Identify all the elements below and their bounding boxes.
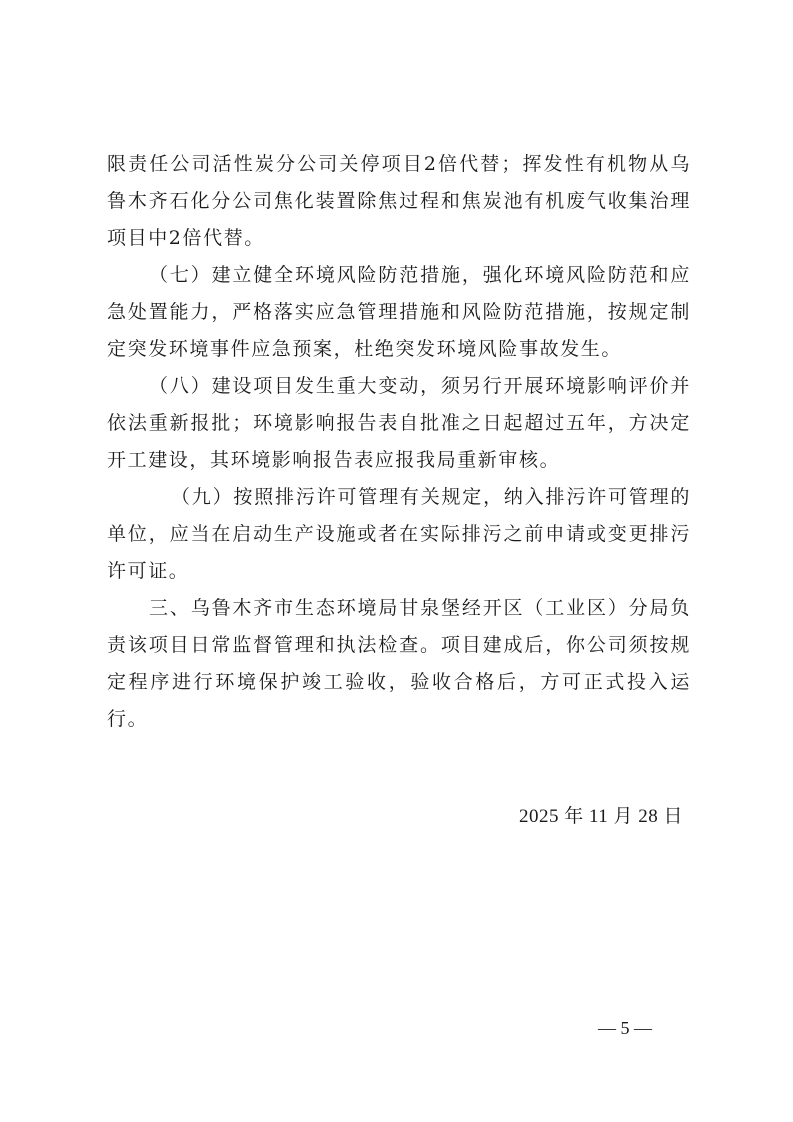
document-date: 2025 年 11 月 28 日 (519, 802, 683, 832)
document-body: 限责任公司活性炭分公司关停项目2倍代替；挥发性有机物从乌鲁木齐石化分公司焦化装置… (107, 146, 691, 738)
paragraph-item-7: （七）建立健全环境风险防范措施，强化环境风险防范和应急处置能力，严格落实应急管理… (107, 257, 691, 368)
paragraph-section-3: 三、乌鲁木齐市生态环境局甘泉堡经开区（工业区）分局负责该项目日常监督管理和执法检… (107, 590, 691, 738)
page-number: — 5 — (598, 1014, 652, 1042)
paragraph-continuation: 限责任公司活性炭分公司关停项目2倍代替；挥发性有机物从乌鲁木齐石化分公司焦化装置… (107, 146, 691, 257)
paragraph-item-9: （九）按照排污许可管理有关规定，纳入排污许可管理的单位，应当在启动生产设施或者在… (107, 479, 691, 590)
paragraph-item-8: （八）建设项目发生重大变动，须另行开展环境影响评价并依法重新报批；环境影响报告表… (107, 368, 691, 479)
